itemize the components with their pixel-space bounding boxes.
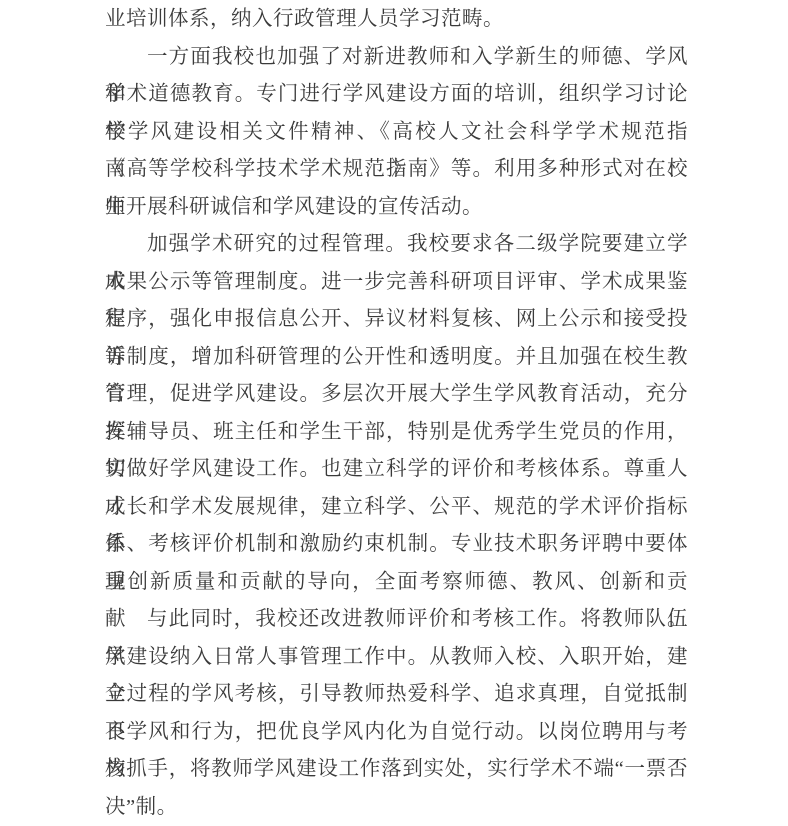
text-line: 成长和学术发展规律，建立科学、公平、规范的学术评价指标体 xyxy=(105,489,688,527)
text-line: 生开展科研诚信和学风建设的宣传活动。 xyxy=(105,189,688,227)
text-line: 管理，促进学风建设。多层次开展大学生学风教育活动，充分发 xyxy=(105,376,688,414)
text-line: 实做好学风建设工作。也建立科学的评价和考核体系。尊重人才 xyxy=(105,451,688,489)
text-line: 全过程的学风考核，引导教师热爱科学、追求真理，自觉抵制不 xyxy=(105,676,688,714)
text-line: 决”制。 xyxy=(105,789,688,826)
text-line: 成果公示等管理制度。进一步完善科研项目评审、学术成果鉴定 xyxy=(105,264,688,302)
text-line: 程序，强化申报信息公开、异议材料复核、网上公示和接受投诉 xyxy=(105,301,688,339)
text-line: 加强学术研究的过程管理。我校要求各二级学院要建立学术 xyxy=(105,226,688,264)
text-line: 系、考核评价机制和激励约束机制。专业技术职务评聘中要体现 xyxy=(105,526,688,564)
text-line: 为抓手，将教师学风建设工作落到实处，实行学术不端“一票否 xyxy=(105,751,688,789)
text-line: 《高等学校科学技术学术规范指南》等。利用多种形式对在校师 xyxy=(105,151,688,189)
text-line: 重创新质量和贡献的导向，全面考察师德、教风、创新和贡献。 xyxy=(105,564,688,602)
document-page: 业培训体系，纳入行政管理人员学习范畴。 一方面我校也加强了对新进教师和入学新生的… xyxy=(0,0,788,826)
text-line: 等制度，增加科研管理的公开性和透明度。并且加强在校生教育 xyxy=(105,339,688,377)
text-line: 与此同时，我校还改进教师评价和考核工作。将教师队伍学 xyxy=(105,601,688,639)
document-text-block: 业培训体系，纳入行政管理人员学习范畴。 一方面我校也加强了对新进教师和入学新生的… xyxy=(105,1,688,826)
text-line: 良学风和行为，把优良学风内化为自觉行动。以岗位聘用与考核 xyxy=(105,714,688,752)
text-line: 风建设纳入日常人事管理工作中。从教师入校、入职开始，建立 xyxy=(105,639,688,677)
text-line: 学术道德教育。专门进行学风建设方面的培训，组织学习讨论学 xyxy=(105,76,688,114)
text-line: 校学风建设相关文件精神、《高校人文社会科学学术规范指南》、 xyxy=(105,114,688,152)
text-line: 挥辅导员、班主任和学生干部，特别是优秀学生党员的作用，切 xyxy=(105,414,688,452)
text-line: 一方面我校也加强了对新进教师和入学新生的师德、学风和 xyxy=(105,39,688,77)
text-line: 业培训体系，纳入行政管理人员学习范畴。 xyxy=(105,1,688,39)
